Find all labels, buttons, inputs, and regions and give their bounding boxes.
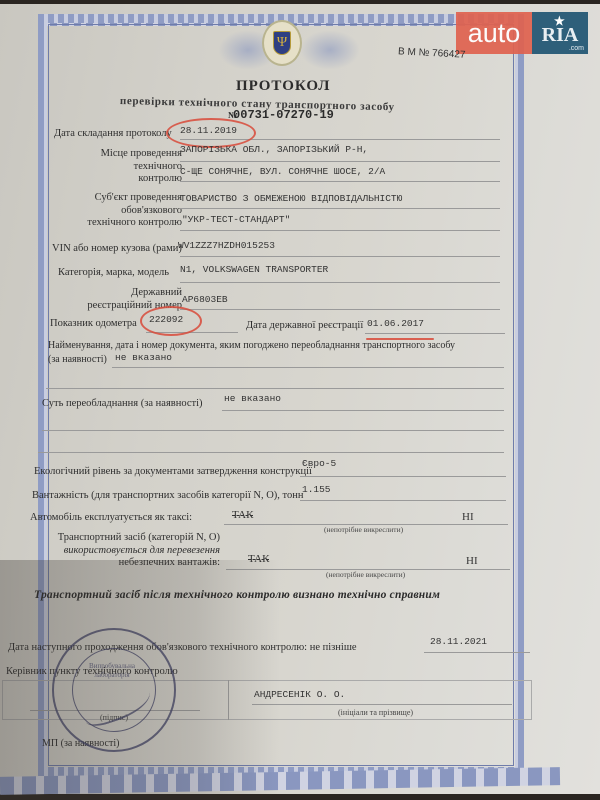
field-line [222, 410, 504, 411]
location-value-line-2: С-ЩЕ СОНЯЧНЕ, ВУЛ. СОНЯЧНЕ ШОСЕ, 2/А [180, 166, 385, 177]
logo-ria: ★ RIA .com [532, 12, 588, 54]
category-label: Категорія, марка, модель [58, 267, 169, 280]
head-name-value: АНДРЕСЕНІК О. О. [254, 689, 345, 700]
dangerous-option-no[interactable]: НІ [466, 555, 478, 567]
taxi-option-no[interactable]: НІ [462, 511, 474, 523]
taxi-label: Автомобіль експлуатується як таксі: [30, 512, 192, 525]
subject-label-line: обов'язкового [60, 205, 182, 218]
location-label-line: Місце проведення [70, 148, 182, 161]
location-label-line: контролю [70, 173, 182, 186]
category-value: N1, VOLKSWAGEN TRANSPORTER [180, 264, 328, 275]
field-line [180, 256, 500, 257]
taxi-option-yes[interactable]: ТАК [232, 509, 253, 521]
subject-value-line-1: ТОВАРИСТВО З ОБМЕЖЕНОЮ ВІДПОВІДАЛЬНІСТЮ [180, 193, 402, 204]
field-line [365, 333, 505, 334]
vin-label: VIN або номер кузова (рами) [52, 243, 182, 256]
document-title: ПРОТОКОЛ [236, 78, 330, 95]
field-line [300, 476, 506, 477]
eco-level-label: Екологічний рівень за документами затвер… [34, 466, 312, 479]
field-line [300, 500, 506, 501]
field-line [180, 230, 500, 231]
conclusion-statement: Транспортний засіб після технічного конт… [34, 589, 440, 601]
location-label: Місце проведення технічного контролю [70, 148, 182, 186]
field-line [424, 652, 530, 653]
field-line [180, 282, 500, 283]
field-line [180, 208, 500, 209]
stamp-text-line: лабораторія [82, 671, 142, 680]
subject-label-line: технічного контролю [60, 217, 182, 230]
capacity-value: 1.155 [302, 484, 331, 495]
red-circle-annotation [140, 306, 202, 336]
next-inspection-value: 28.11.2021 [430, 636, 487, 647]
field-line [252, 704, 512, 705]
stamp-text: Випробувальна лабораторія [82, 662, 142, 680]
protocol-number-value: 00731-07270-19 [233, 108, 334, 122]
logo-auto: auto [456, 12, 532, 54]
field-line [180, 309, 500, 310]
subject-label: Суб'єкт проведення обов'язкового технічн… [60, 192, 182, 230]
dangerous-yes-text: ТАК [248, 553, 269, 565]
dangerous-label-line: Транспортний засіб (категорій N, O) [20, 532, 220, 545]
conversion-essence-value: не вказано [224, 393, 281, 404]
field-line [38, 452, 504, 453]
field-line [180, 161, 500, 162]
autoria-watermark: auto ★ RIA .com [456, 12, 588, 54]
dangerous-label-line: небезпечних вантажів: [20, 557, 220, 570]
signature-box-divider [228, 680, 229, 720]
trident-icon: Ψ [273, 31, 291, 55]
subject-value-line-2: "УКР-ТЕСТ-СТАНДАРТ" [182, 214, 290, 225]
field-line [180, 181, 500, 182]
protocol-number: №00731-07270-19 [228, 108, 334, 122]
subject-label-line: Суб'єкт проведення [60, 192, 182, 205]
stamp-text-line: Випробувальна [82, 662, 142, 671]
taxi-hint: (непотрібне викреслити) [324, 525, 403, 534]
coat-of-arms-icon: Ψ [262, 20, 302, 66]
capacity-label: Вантажність (для транспортних засобів ка… [32, 490, 303, 503]
field-line [112, 367, 504, 368]
logo-com: .com [569, 45, 584, 52]
odometer-label: Показник одометра [50, 318, 137, 331]
dangerous-label-line: використовується для перевезення [20, 545, 220, 558]
dangerous-option-yes[interactable]: ТАК [248, 553, 269, 565]
taxi-yes-text: ТАК [232, 509, 253, 521]
reg-date-label: Дата державної реєстрації [246, 320, 363, 333]
field-line [46, 388, 504, 389]
conversion-doc-label: Найменування, дата і номер документа, як… [48, 340, 455, 352]
reg-date-value: 01.06.2017 [367, 318, 424, 329]
location-value-line-1: ЗАПОРІЗЬКА ОБЛ., ЗАПОРІЗЬКИЙ Р-Н, [180, 144, 368, 155]
field-line [42, 430, 504, 431]
location-label-line: технічного [70, 161, 182, 174]
vin-value: WV1ZZZ7HZDH015253 [178, 240, 275, 251]
protocol-date-label: Дата складання протоколу [54, 128, 172, 141]
conversion-doc-value: не вказано [115, 352, 172, 363]
dangerous-label: Транспортний засіб (категорій N, O) вико… [20, 532, 220, 570]
reg-number-label-line: Державний [60, 287, 182, 300]
next-inspection-label: Дата наступного проходження обов'язковог… [8, 642, 357, 655]
wreath-right-icon [300, 30, 360, 70]
star-icon: ★ [554, 14, 565, 29]
head-name-hint: (ініціали та прізвище) [338, 708, 413, 717]
conversion-essence-label: Суть переобладнання (за наявності) [42, 398, 203, 411]
dangerous-hint: (непотрібне викреслити) [326, 570, 405, 579]
reg-number-value: АР6803ЕВ [182, 294, 228, 305]
conversion-doc-label-2: (за наявності) [48, 354, 107, 366]
eco-level-value: Євро-5 [302, 458, 336, 469]
